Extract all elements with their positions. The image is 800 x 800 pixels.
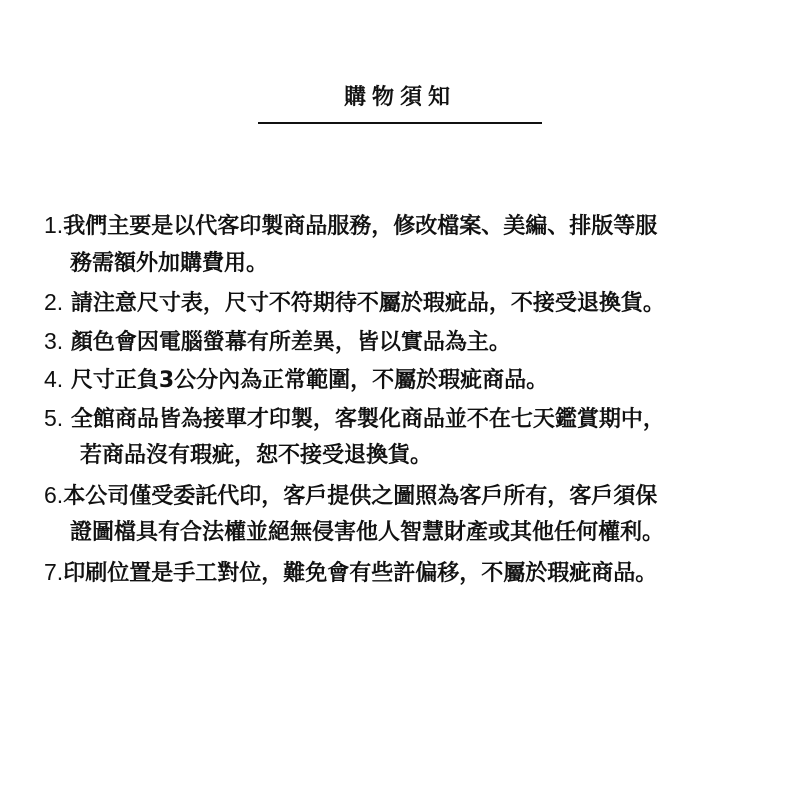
item-number: 4. (44, 366, 63, 392)
item-number: 1. (44, 212, 63, 238)
item-number: 2. (44, 289, 63, 315)
item-text: 尺寸正負3公分內為正常範圍，不屬於瑕疵商品。 (63, 368, 548, 393)
notice-list: 1.我們主要是以代客印製商品服務，修改檔案、美編、排版等服 務需額外加購費用。 … (44, 206, 774, 591)
item-text: 務需額外加購費用。 (70, 251, 268, 276)
title-underline (258, 122, 542, 124)
notice-item-3: 3. 顏色會因電腦螢幕有所差異，皆以實品為主。 (44, 322, 774, 361)
item-number: 6. (44, 482, 63, 508)
item-text: 請注意尺寸表，尺寸不符期待不屬於瑕疵品，不接受退換貨。 (63, 291, 665, 316)
item-text: 本公司僅受委託代印，客戶提供之圖照為客戶所有，客戶須保 (63, 484, 657, 509)
notice-item-7: 7.印刷位置是手工對位，難免會有些許偏移，不屬於瑕疵商品。 (44, 553, 774, 592)
item-number: 3. (44, 328, 63, 354)
notice-item-2: 2. 請注意尺寸表，尺寸不符期待不屬於瑕疵品，不接受退換貨。 (44, 283, 774, 322)
item-text: 印刷位置是手工對位，難免會有些許偏移，不屬於瑕疵商品。 (63, 561, 657, 586)
item-number: 7. (44, 559, 63, 585)
notice-item-6-continued: 證圖檔具有合法權並絕無侵害他人智慧財產或其他任何權利。 (44, 514, 774, 553)
notice-item-1: 1.我們主要是以代客印製商品服務，修改檔案、美編、排版等服 (44, 206, 774, 245)
item-text: 我們主要是以代客印製商品服務，修改檔案、美編、排版等服 (63, 214, 657, 239)
notice-item-6: 6.本公司僅受委託代印，客戶提供之圖照為客戶所有，客戶須保 (44, 476, 774, 515)
page-title: 購物須知 (0, 82, 800, 114)
item-text: 顏色會因電腦螢幕有所差異，皆以實品為主。 (63, 330, 511, 355)
notice-item-4: 4. 尺寸正負3公分內為正常範圍，不屬於瑕疵商品。 (44, 360, 774, 399)
notice-item-1-continued: 務需額外加購費用。 (44, 245, 774, 284)
item-text: 證圖檔具有合法權並絕無侵害他人智慧財產或其他任何權利。 (70, 520, 664, 545)
notice-item-5: 5. 全館商品皆為接單才印製，客製化商品並不在七天鑑賞期中， (44, 399, 774, 438)
item-text: 若商品沒有瑕疵，恕不接受退換貨。 (80, 443, 432, 468)
notice-item-5-continued: 若商品沒有瑕疵，恕不接受退換貨。 (44, 437, 774, 476)
item-number: 5. (44, 405, 63, 431)
item-text: 全館商品皆為接單才印製，客製化商品並不在七天鑑賞期中， (63, 407, 665, 432)
